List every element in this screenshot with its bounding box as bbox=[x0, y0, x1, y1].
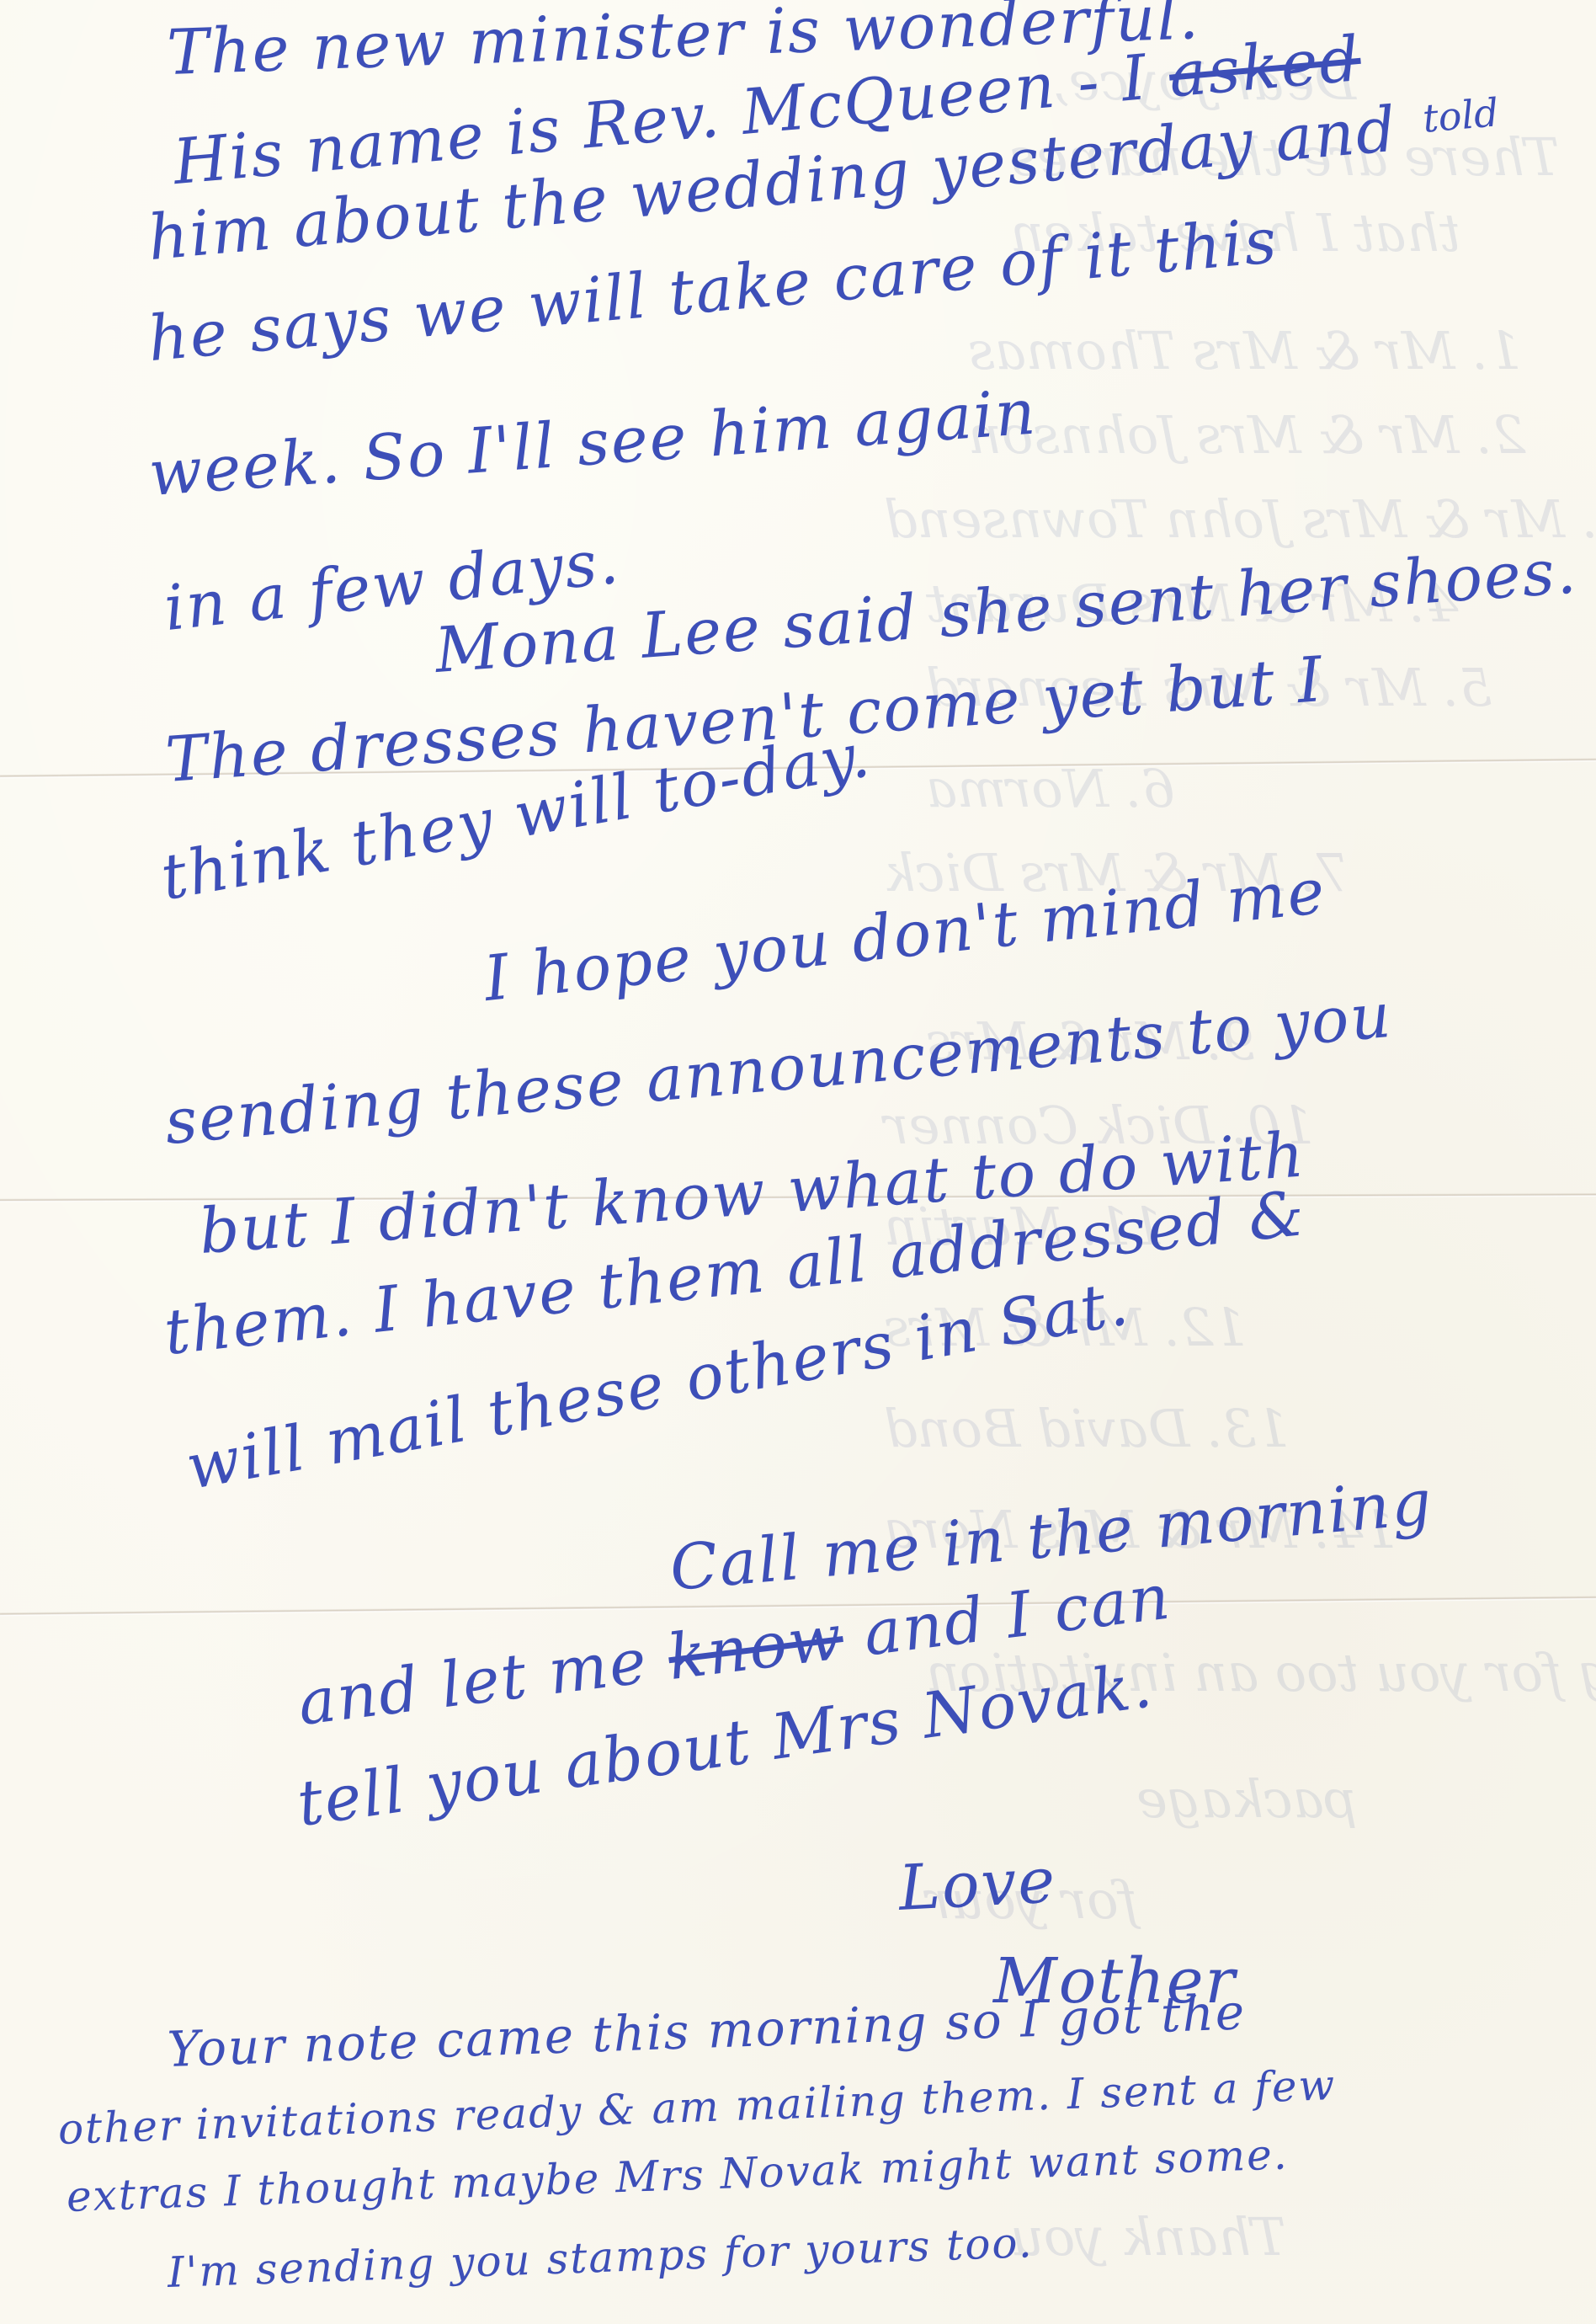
bleed-through-line: package bbox=[1136, 1768, 1357, 1830]
inserted-word: told bbox=[1421, 89, 1501, 141]
closing-love: Love bbox=[896, 1844, 1058, 1925]
bleed-through-line: Thank you bbox=[1010, 2206, 1286, 2268]
bleed-through-line: 13. David Bond bbox=[884, 1398, 1290, 1459]
bleed-through-line: 1. Mr & Mrs Thomas bbox=[968, 320, 1521, 381]
bleed-through-line: 2. Mr & Mrs Johnson bbox=[968, 404, 1525, 466]
